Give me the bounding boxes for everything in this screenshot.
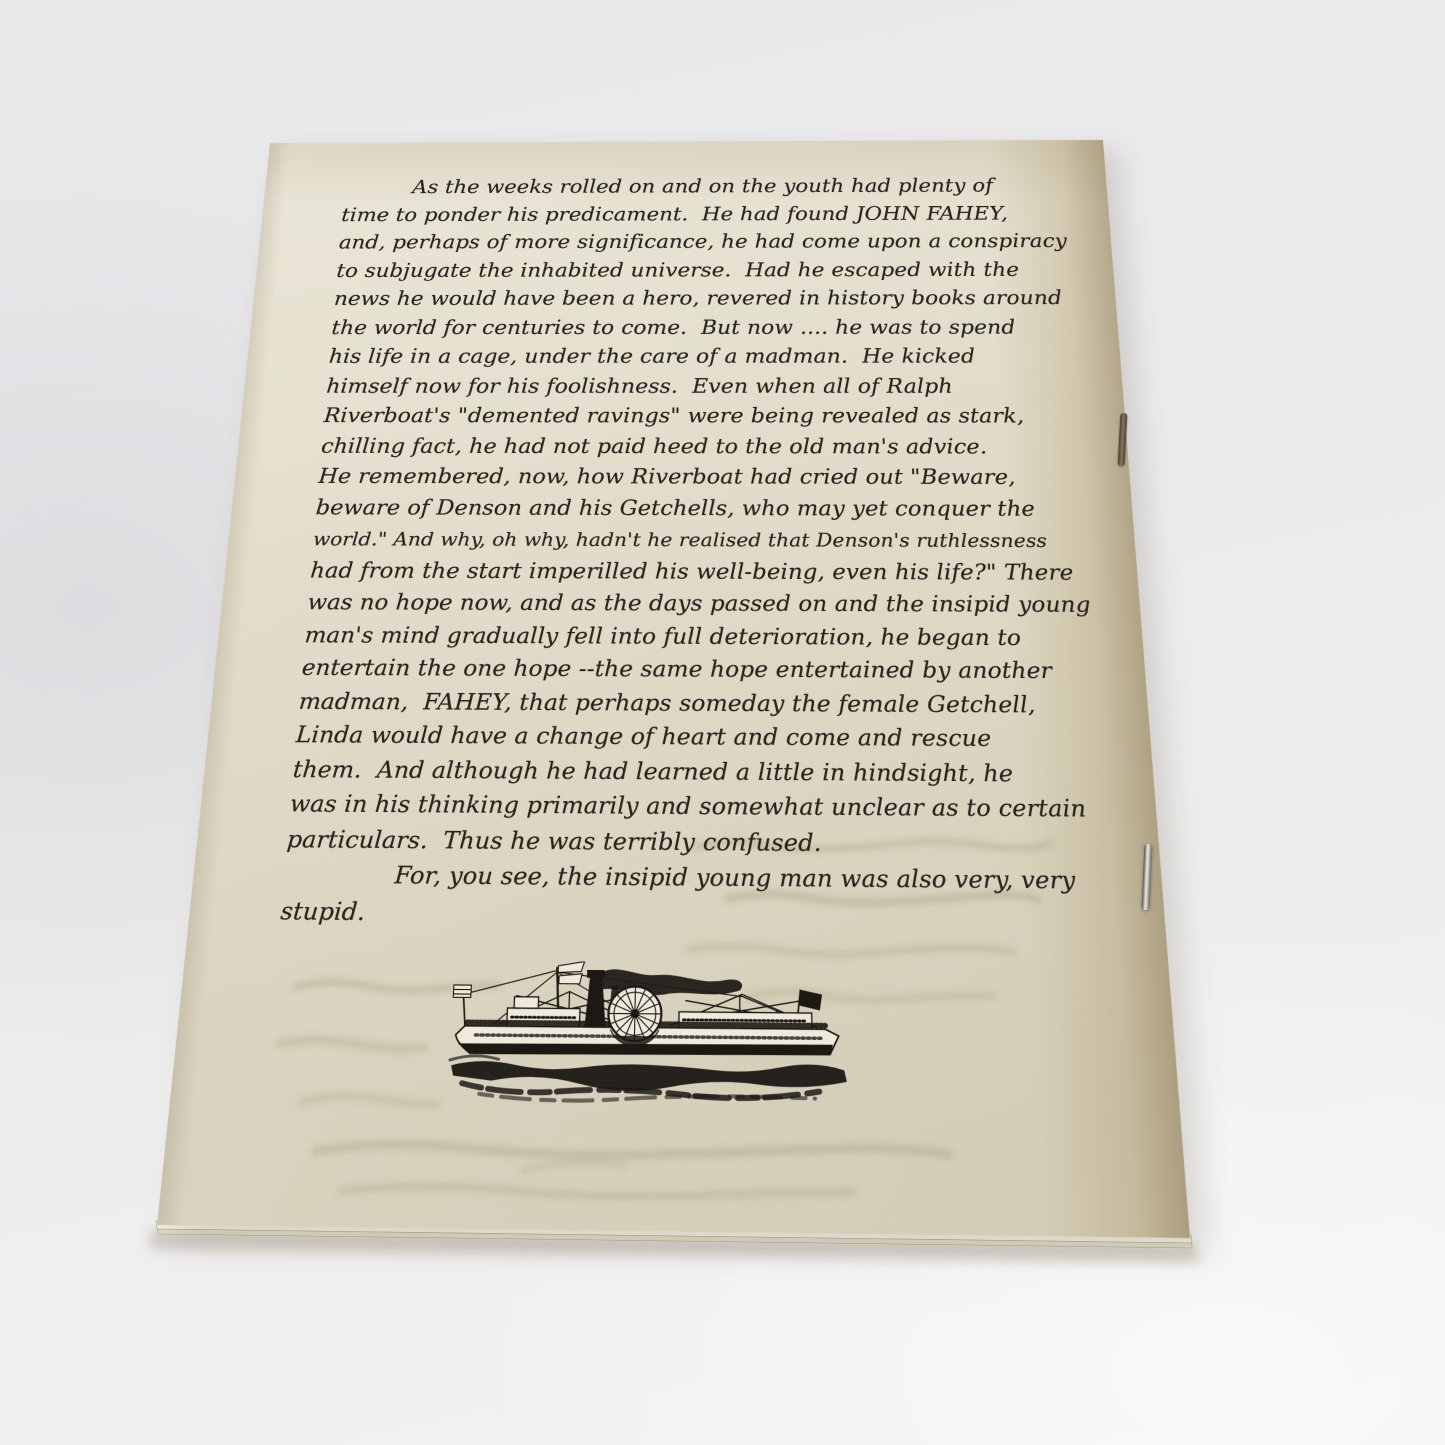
- text-line: himself now for his foolishness. Even wh…: [325, 372, 1096, 402]
- text-line: and, perhaps of more significance, he ha…: [338, 228, 1085, 258]
- text-line: was in his thinking primarily and somewh…: [288, 787, 1127, 827]
- text-line: entertain the one hope --the same hope e…: [300, 652, 1117, 689]
- text-line: to subjugate the inhabited universe. Had…: [335, 256, 1087, 286]
- text-line: them. And although he had learned a litt…: [292, 753, 1125, 793]
- text-line: stupid.: [279, 894, 1135, 937]
- text-line: his life in a cage, under the care of a …: [328, 342, 1094, 372]
- text-line: particulars. Thus he was terribly confus…: [285, 822, 1130, 863]
- text-line: the world for centuries to come. But now…: [330, 313, 1091, 343]
- text-line: For, you see, the insipid young man was …: [282, 858, 1132, 900]
- text-line: news he would have been a hero, revered …: [333, 284, 1090, 314]
- text-line: time to ponder his predicament. He had f…: [340, 200, 1083, 230]
- text-line: chilling fact, he had not paid heed to t…: [320, 432, 1101, 463]
- text-line: man's mind gradually fell into full dete…: [303, 619, 1114, 655]
- text-line: world." And why, oh why, hadn't he reali…: [312, 524, 1108, 558]
- handwritten-text: As the weeks rolled on and on the youth …: [279, 172, 1135, 937]
- text-line: Riverboat's "demented ravings" were bein…: [323, 402, 1099, 432]
- photo-scene: As the weeks rolled on and on the youth …: [0, 0, 1445, 1445]
- text-line: had from the start imperilled his well-b…: [309, 555, 1110, 589]
- text-line: He remembered, now, how Riverboat had cr…: [317, 462, 1102, 494]
- steamboat-illustration: [445, 960, 862, 1108]
- booklet-back-page: As the weeks rolled on and on the youth …: [157, 140, 1190, 1238]
- text-line: beware of Denson and his Getchells, who …: [315, 493, 1106, 526]
- text-line: madman, FAHEY, that perhaps someday the …: [298, 685, 1120, 723]
- text-line: As the weeks rolled on and on the youth …: [343, 172, 1082, 201]
- text-line: Linda would have a change of heart and c…: [295, 719, 1123, 758]
- text-line: was no hope now, and as the days passed …: [306, 587, 1112, 622]
